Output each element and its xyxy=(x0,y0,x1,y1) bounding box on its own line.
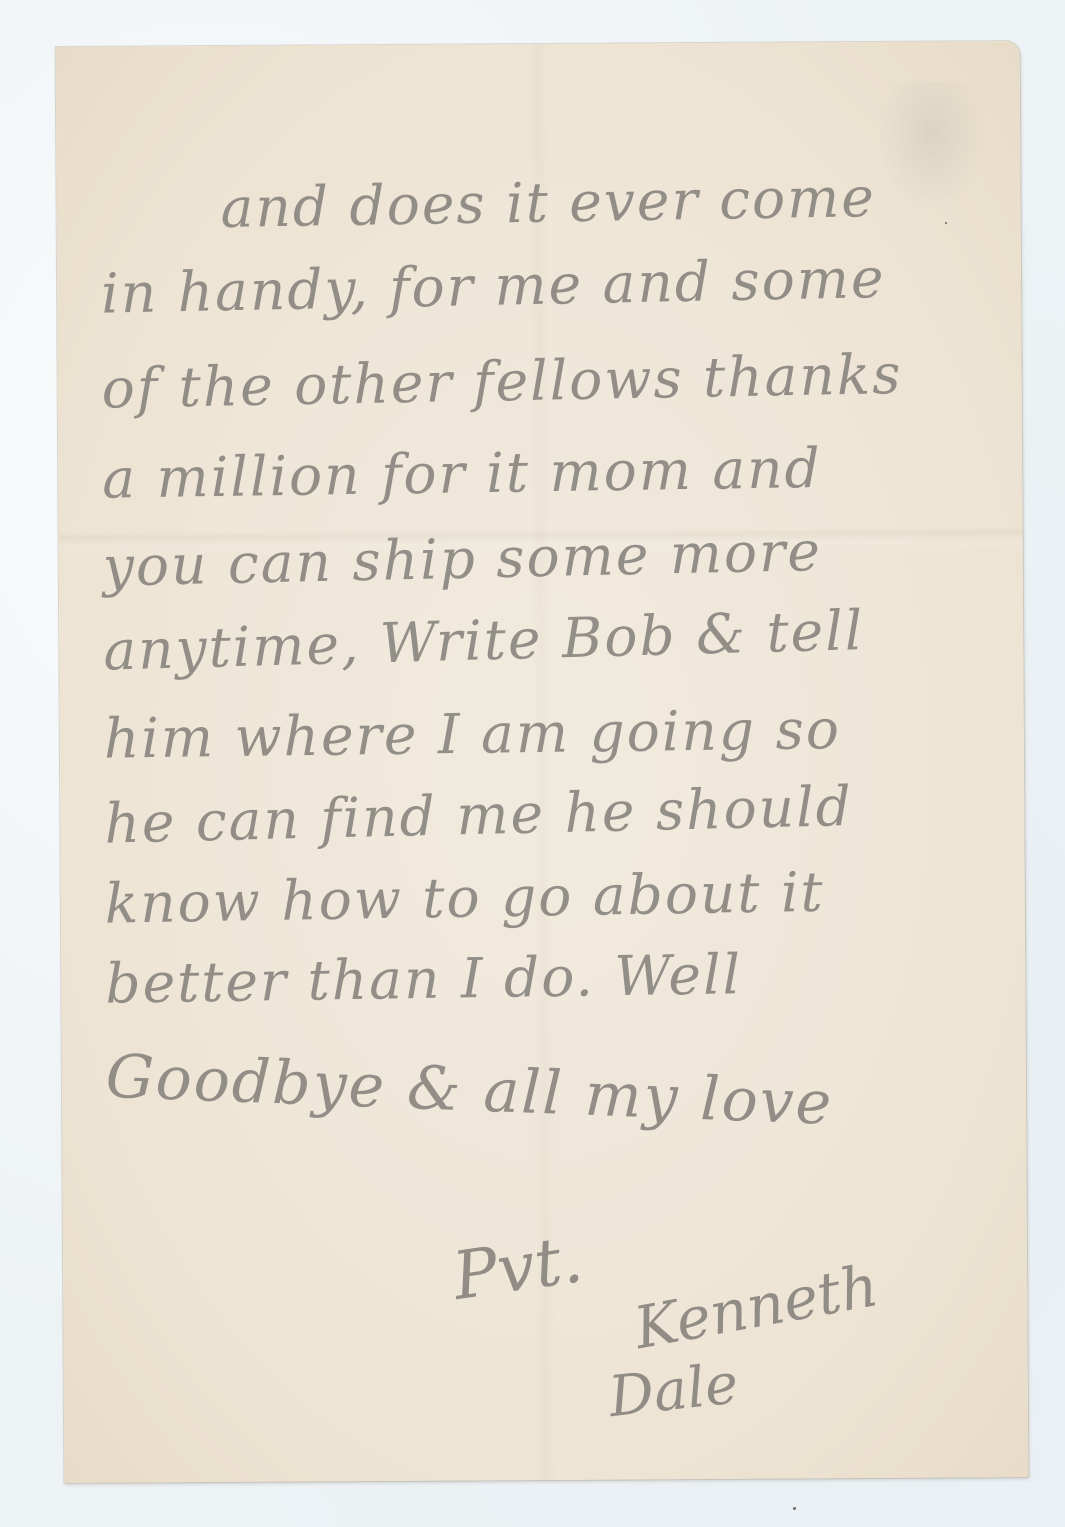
eraser-smudge xyxy=(876,81,987,212)
signature-last-name: Dale xyxy=(606,1351,742,1430)
paper-speck xyxy=(945,222,947,224)
letter-line: of the other fellows thanks xyxy=(101,342,903,421)
letter-line: anytime, Write Bob & tell xyxy=(102,598,865,683)
letter-line: and does it ever come xyxy=(220,165,876,240)
signature-rank: Pvt. xyxy=(448,1220,587,1315)
letter-line: Goodbye & all my love xyxy=(105,1042,835,1139)
letter-line: him where I am going so xyxy=(103,697,841,771)
letter-line: in handy, for me and some xyxy=(100,246,886,326)
letter-line: know how to go about it xyxy=(104,860,825,936)
letter-line: better than I do. Well xyxy=(105,942,743,1015)
letter-page: and does it ever come in handy, for me a… xyxy=(56,41,1029,1483)
letter-line: he can find me he should xyxy=(104,774,854,856)
paper-speck xyxy=(793,1507,796,1510)
letter-line: a million for it mom and xyxy=(102,436,822,511)
letter-body: and does it ever come in handy, for me a… xyxy=(100,181,1000,186)
letter-line: you can ship some more xyxy=(102,519,822,599)
signature-first-name: Kenneth xyxy=(629,1251,883,1362)
